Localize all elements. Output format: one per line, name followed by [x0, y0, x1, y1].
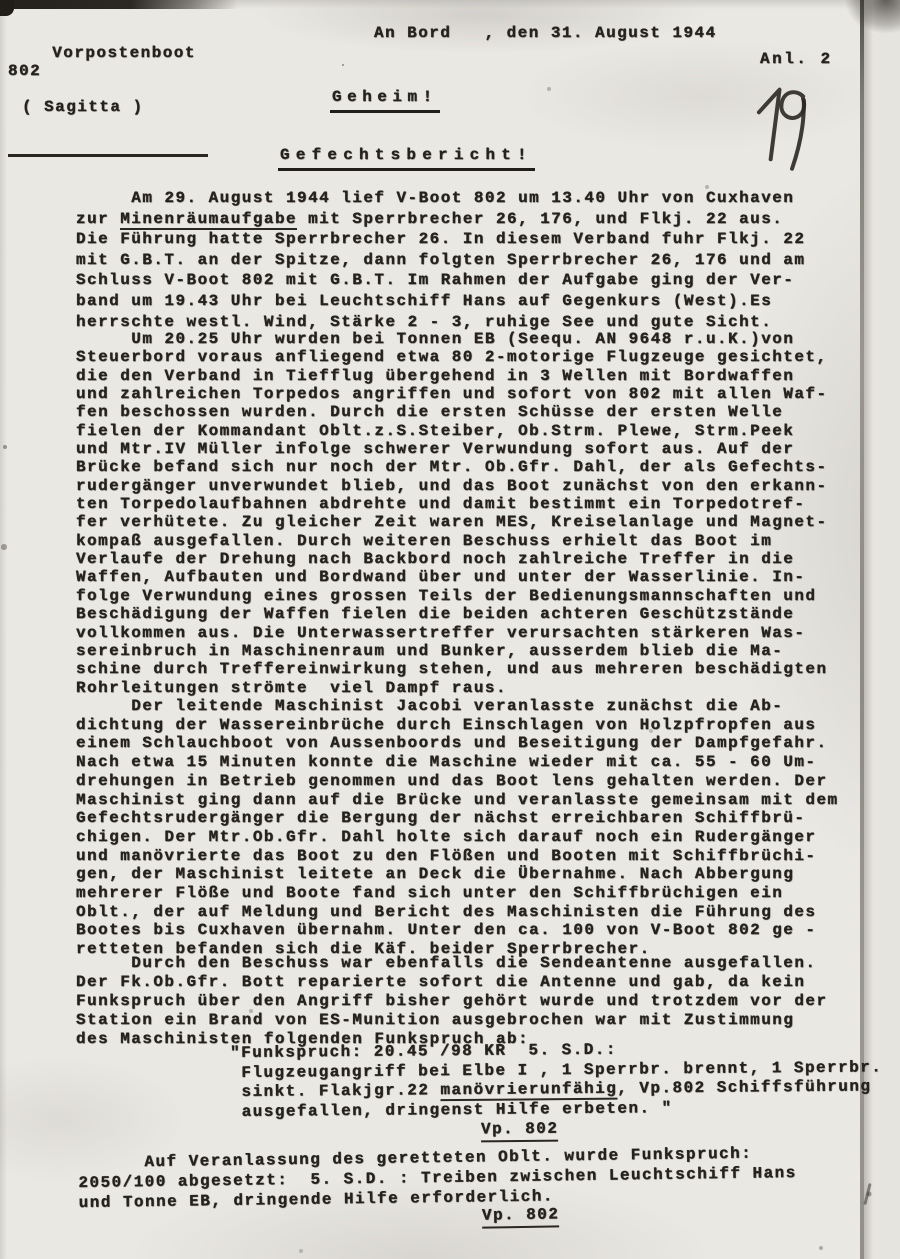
scan-top-left-band	[0, 0, 238, 9]
unit-name: Vorpostenboot 802	[8, 44, 207, 80]
report-title: Gefechtsbericht!	[278, 146, 535, 171]
paragraph-air-attack: Um 20.25 Uhr wurden bei Tonnen EB (Seequ…	[76, 330, 828, 697]
paragraph-departure: Am 29. August 1944 lief V-Boot 802 um 13…	[76, 188, 805, 332]
underlined-word: manövrierunfähig	[440, 1080, 617, 1102]
unit-subname: ( Sagitta )	[8, 98, 208, 116]
paragraph-second-radio: Auf Veranlassung des geretteten Oblt. wu…	[78, 1143, 797, 1213]
scan-ink-specks	[342, 64, 344, 66]
radio-message-block: "Funkspruch: 20.45 /98 KR 5. S.D.: Flugz…	[230, 1038, 883, 1122]
scanned-combat-report-page: Vorpostenboot 802 ( Sagitta ) An Bord , …	[0, 0, 900, 1259]
place-date-line: An Bord , den 31. August 1944	[374, 24, 717, 42]
signature-vp802-first: Vp. 802	[481, 1120, 559, 1143]
underlined-word: Minenräumaufgabe	[120, 210, 297, 230]
signature-vp802-second: Vp. 802	[482, 1205, 560, 1228]
scan-top-right-smudge	[836, 0, 900, 58]
paragraph-antenna: Durch den Beschuss war ebenfalls die Sen…	[76, 954, 828, 1049]
handwritten-page-number	[749, 76, 818, 176]
classification-heading: Geheim!	[330, 88, 440, 113]
unit-block: Vorpostenboot 802 ( Sagitta )	[8, 26, 208, 157]
paragraph-rescue: Der leitende Maschinist Jacobi veranlass…	[76, 697, 839, 959]
annex-number: Anl. 2	[760, 50, 833, 68]
scan-top-left-blot	[0, 0, 14, 16]
